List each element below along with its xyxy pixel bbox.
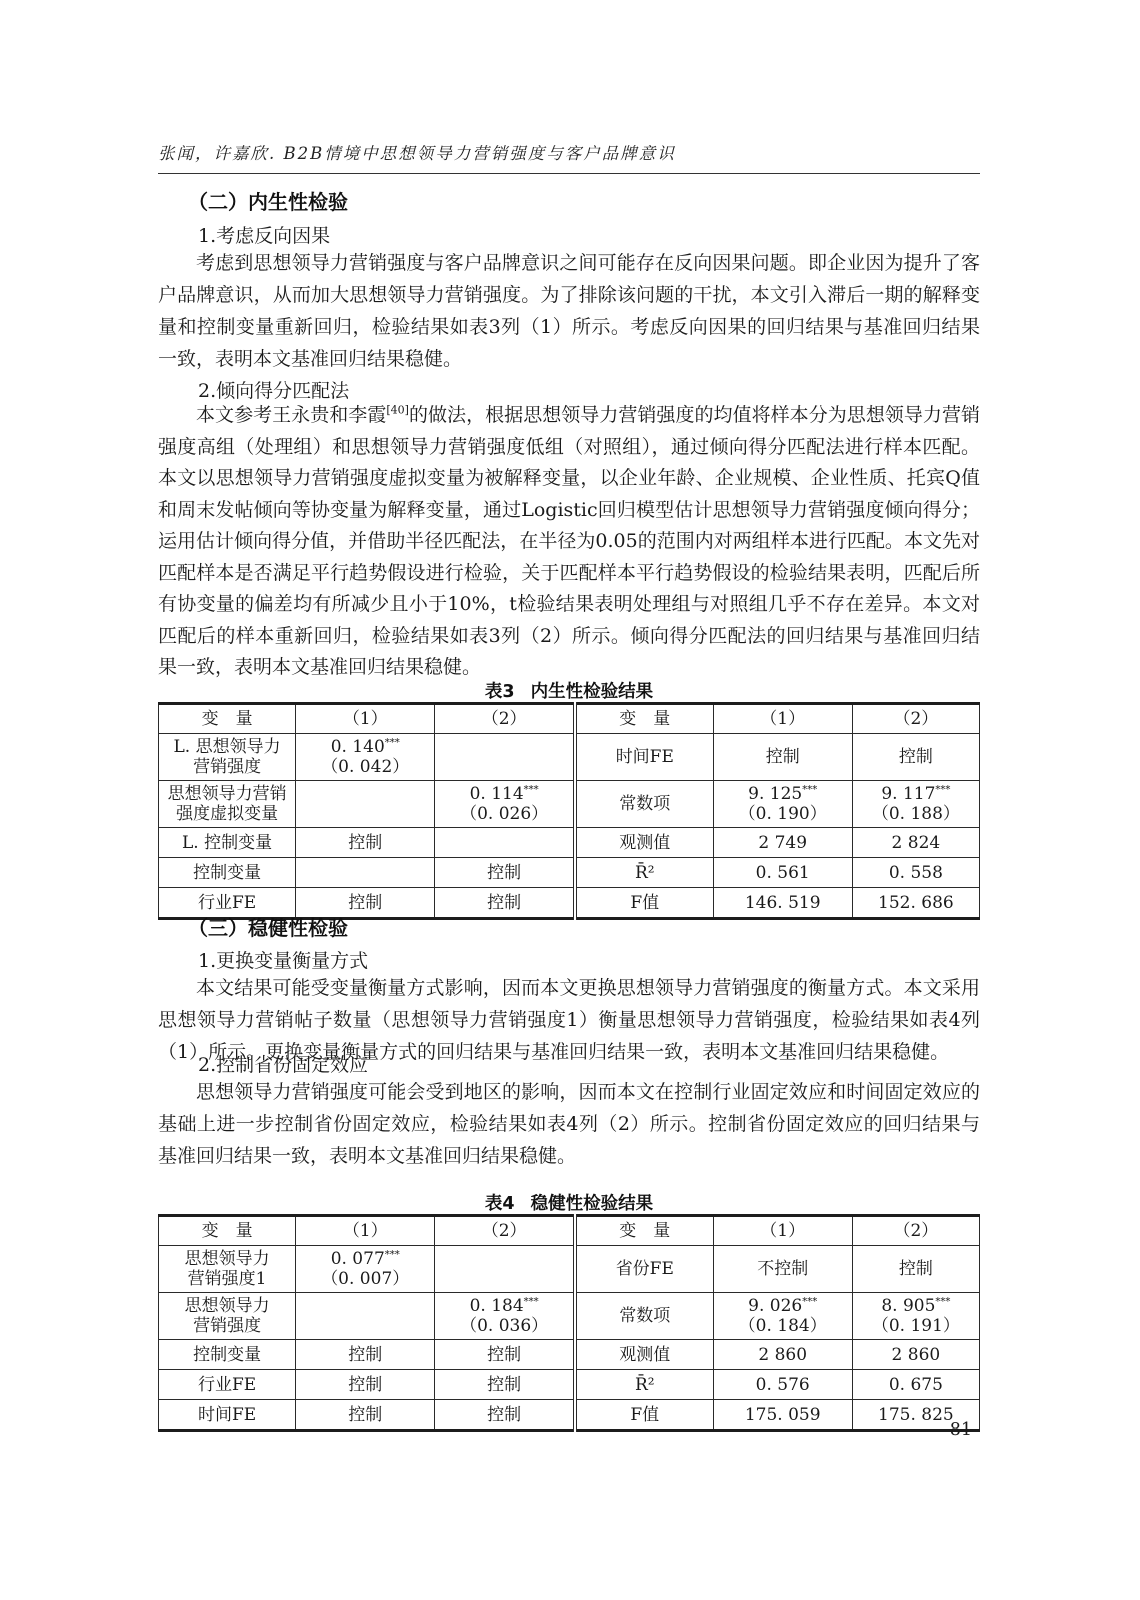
table-cell: 2 824: [852, 828, 979, 858]
significance-stars: ***: [802, 784, 817, 795]
table-cell: [296, 781, 435, 828]
significance-stars: ***: [524, 784, 539, 795]
significance-stars: ***: [802, 1296, 817, 1307]
column-header: （2）: [852, 704, 979, 734]
table-row: 时间FE控制控制F值175. 059175. 825: [159, 1400, 980, 1431]
section-heading-robustness: （三）稳健性检验: [158, 912, 1010, 941]
column-header: （2）: [852, 1216, 979, 1246]
table-4-label: 表4: [485, 1194, 515, 1214]
paragraph-province-fe: 思想领导力营销强度可能会受到地区的影响，因而本文在控制行业固定效应和时间固定效应…: [158, 1076, 980, 1172]
column-header: 变 量: [159, 1216, 296, 1246]
table-cell: 思想领导力营销强度: [159, 1293, 296, 1340]
table-cell: 思想领导力营销强度虚拟变量: [159, 781, 296, 828]
table-cell: 常数项: [575, 1293, 713, 1340]
column-header: （1）: [296, 704, 435, 734]
significance-stars: ***: [385, 1249, 400, 1260]
table-header-row: 变 量（1）（2）变 量（1）（2）: [159, 704, 980, 734]
table-cell: F值: [575, 1400, 713, 1431]
table-cell: 0. 140***（0. 042）: [296, 734, 435, 781]
significance-stars: ***: [935, 1296, 950, 1307]
table-cell: 控制: [435, 858, 575, 888]
table-cell: 2 860: [713, 1340, 852, 1370]
table-row: 思想领导力营销强度10. 077***（0. 007）省份FE不控制控制: [159, 1246, 980, 1293]
table-cell: 控制: [296, 1370, 435, 1400]
table-cell: 思想领导力营销强度1: [159, 1246, 296, 1293]
table-4-title-text: 稳健性检验结果: [531, 1194, 654, 1214]
table-cell: 控制: [435, 1370, 575, 1400]
table-cell: 9. 026***（0. 184）: [713, 1293, 852, 1340]
paragraph-psm-text-after-ref: 的做法，根据思想领导力营销强度的均值将样本分为思想领导力营销强度高组（处理组）和…: [158, 404, 980, 678]
significance-stars: ***: [935, 784, 950, 795]
table-cell: 控制变量: [159, 858, 296, 888]
table-cell: L. 思想领导力营销强度: [159, 734, 296, 781]
running-head: 张闻，许嘉欣. B2B情境中思想领导力营销强度与客户品牌意识: [158, 140, 980, 174]
table-cell: 控制: [296, 1340, 435, 1370]
table-3-label: 表3: [485, 682, 515, 702]
table-3-title-text: 内生性检验结果: [531, 682, 654, 702]
table-cell: 0. 077***（0. 007）: [296, 1246, 435, 1293]
table-cell: 175. 059: [713, 1400, 852, 1431]
table-cell: 控制: [852, 1246, 979, 1293]
table-row: L. 控制变量控制观测值2 7492 824: [159, 828, 980, 858]
page-number: 81: [950, 1420, 972, 1440]
table-cell: 控制: [713, 734, 852, 781]
subheading-psm: 2.倾向得分匹配法: [158, 376, 1020, 403]
column-header: （1）: [713, 1216, 852, 1246]
paragraph-psm-text-before-ref: 本文参考王永贵和李霞: [196, 404, 386, 426]
column-header: 变 量: [159, 704, 296, 734]
table-cell: 0. 576: [713, 1370, 852, 1400]
table-row: L. 思想领导力营销强度0. 140***（0. 042）时间FE控制控制: [159, 734, 980, 781]
paragraph-reverse-causality: 考虑到思想领导力营销强度与客户品牌意识之间可能存在反向因果问题。即企业因为提升了…: [158, 247, 980, 375]
column-header: （2）: [435, 704, 575, 734]
table-cell: 9. 125***（0. 190）: [713, 781, 852, 828]
section-heading-endogeneity: （二）内生性检验: [158, 186, 1010, 215]
table-cell: 观测值: [575, 1340, 713, 1370]
table-cell: 0. 561: [713, 858, 852, 888]
table-cell: [296, 858, 435, 888]
subheading-province-fe: 2.控制省份固定效应: [158, 1050, 1020, 1077]
significance-stars: ***: [524, 1296, 539, 1307]
column-header: （1）: [713, 704, 852, 734]
table-cell: 2 860: [852, 1340, 979, 1370]
table-cell: 行业FE: [159, 1370, 296, 1400]
table-3-title: 表3内生性检验结果: [158, 678, 980, 703]
table-cell: 2 749: [713, 828, 852, 858]
significance-stars: ***: [385, 737, 400, 748]
table-row: 控制变量控制控制观测值2 8602 860: [159, 1340, 980, 1370]
paragraph-psm: 本文参考王永贵和李霞[40]的做法，根据思想领导力营销强度的均值将样本分为思想领…: [158, 400, 980, 684]
table-cell: 省份FE: [575, 1246, 713, 1293]
table-cell: 观测值: [575, 828, 713, 858]
table-cell: 时间FE: [159, 1400, 296, 1431]
table-row: 思想领导力营销强度虚拟变量0. 114***（0. 026）常数项9. 125*…: [159, 781, 980, 828]
table-row: 思想领导力营销强度0. 184***（0. 036）常数项9. 026***（0…: [159, 1293, 980, 1340]
table-cell: 控制: [435, 1340, 575, 1370]
subheading-reverse-causality: 1.考虑反向因果: [158, 221, 1020, 248]
table-cell: 0. 558: [852, 858, 979, 888]
column-header: （1）: [296, 1216, 435, 1246]
table-cell: 不控制: [713, 1246, 852, 1293]
table-cell: 0. 675: [852, 1370, 979, 1400]
citation-marker: [40]: [386, 404, 409, 417]
table-cell: 控制: [296, 828, 435, 858]
table-cell: [435, 828, 575, 858]
table-cell: 0. 114***（0. 026）: [435, 781, 575, 828]
running-head-text: 张闻，许嘉欣. B2B情境中思想领导力营销强度与客户品牌意识: [158, 144, 676, 163]
table-cell: 0. 184***（0. 036）: [435, 1293, 575, 1340]
table-cell: 常数项: [575, 781, 713, 828]
table-header-row: 变 量（1）（2）变 量（1）（2）: [159, 1216, 980, 1246]
table-row: 控制变量控制R̄²0. 5610. 558: [159, 858, 980, 888]
table-cell: L. 控制变量: [159, 828, 296, 858]
table-cell: [435, 1246, 575, 1293]
table-cell: [435, 734, 575, 781]
table-4-title: 表4稳健性检验结果: [158, 1190, 980, 1215]
table-cell: 9. 117***（0. 188）: [852, 781, 979, 828]
column-header: （2）: [435, 1216, 575, 1246]
table-cell: 控制: [852, 734, 979, 781]
table-cell: 控制变量: [159, 1340, 296, 1370]
column-header: 变 量: [575, 704, 713, 734]
table-cell: [296, 1293, 435, 1340]
table-cell: 控制: [296, 1400, 435, 1431]
table-4-robustness-results: 变 量（1）（2）变 量（1）（2）思想领导力营销强度10. 077***（0.…: [158, 1214, 980, 1432]
column-header: 变 量: [575, 1216, 713, 1246]
table-row: 行业FE控制控制R̄²0. 5760. 675: [159, 1370, 980, 1400]
table-cell: R̄²: [575, 1370, 713, 1400]
document-page: 张闻，许嘉欣. B2B情境中思想领导力营销强度与客户品牌意识 （二）内生性检验 …: [0, 0, 1140, 1600]
table-3-endogeneity-results: 变 量（1）（2）变 量（1）（2）L. 思想领导力营销强度0. 140***（…: [158, 702, 980, 920]
table-cell: R̄²: [575, 858, 713, 888]
table-cell: 控制: [435, 1400, 575, 1431]
table-cell: 时间FE: [575, 734, 713, 781]
table-cell: 8. 905***（0. 191）: [852, 1293, 979, 1340]
subheading-alternative-measure: 1.更换变量衡量方式: [158, 946, 1020, 973]
